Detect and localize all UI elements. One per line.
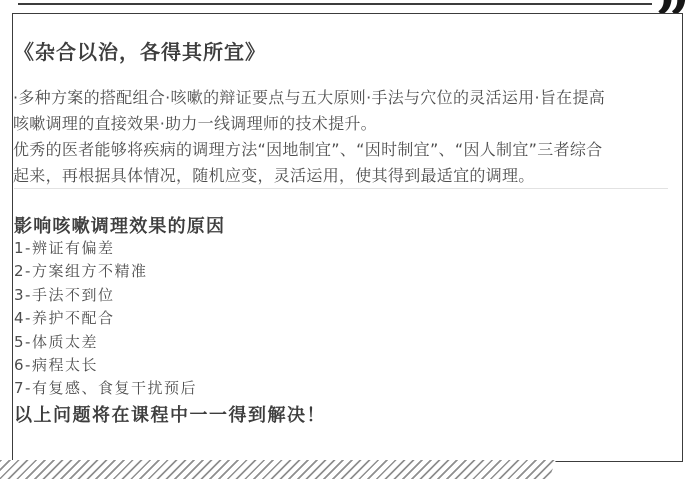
list-item: 7-有复感、食复干扰预后 bbox=[14, 377, 197, 400]
slide-page: ” 《杂合以治，各得其所宜》 ·多种方案的搭配组合·咳嗽的辩证要点与五大原则·手… bbox=[0, 0, 693, 486]
conclusion-text: 以上问题将在课程中一一得到解决！ bbox=[14, 401, 326, 427]
intro-line-4: 起来，再根据具体情况，随机应变，灵活运用，使其得到最适宜的调理。 bbox=[13, 163, 677, 189]
intro-line-1: ·多种方案的搭配组合·咳嗽的辩证要点与五大原则·手法与穴位的灵活运用·旨在提高 bbox=[13, 85, 677, 111]
intro-line-2: 咳嗽调理的直接效果·助力一线调理师的技术提升。 bbox=[13, 111, 677, 137]
section-divider bbox=[14, 188, 668, 189]
list-item: 2-方案组方不精准 bbox=[14, 260, 197, 283]
intro-line-3: 优秀的医者能够将疾病的调理方法“因地制宜”、“因时制宜”、“因人制宜”三者综合 bbox=[13, 137, 677, 163]
list-item: 5-体质太差 bbox=[14, 331, 197, 354]
list-item: 4-养护不配合 bbox=[14, 307, 197, 330]
bottom-hatch-decoration bbox=[0, 460, 556, 479]
intro-paragraphs: ·多种方案的搭配组合·咳嗽的辩证要点与五大原则·手法与穴位的灵活运用·旨在提高 … bbox=[13, 85, 677, 189]
reason-list: 1-辨证有偏差2-方案组方不精准3-手法不到位4-养护不配合5-体质太差6-病程… bbox=[14, 237, 197, 401]
top-rule-divider bbox=[18, 3, 652, 5]
page-title: 《杂合以治，各得其所宜》 bbox=[14, 36, 266, 65]
reasons-section-heading: 影响咳嗽调理效果的原因 bbox=[14, 212, 225, 238]
list-item: 1-辨证有偏差 bbox=[14, 237, 197, 260]
list-item: 6-病程太长 bbox=[14, 354, 197, 377]
list-item: 3-手法不到位 bbox=[14, 284, 197, 307]
